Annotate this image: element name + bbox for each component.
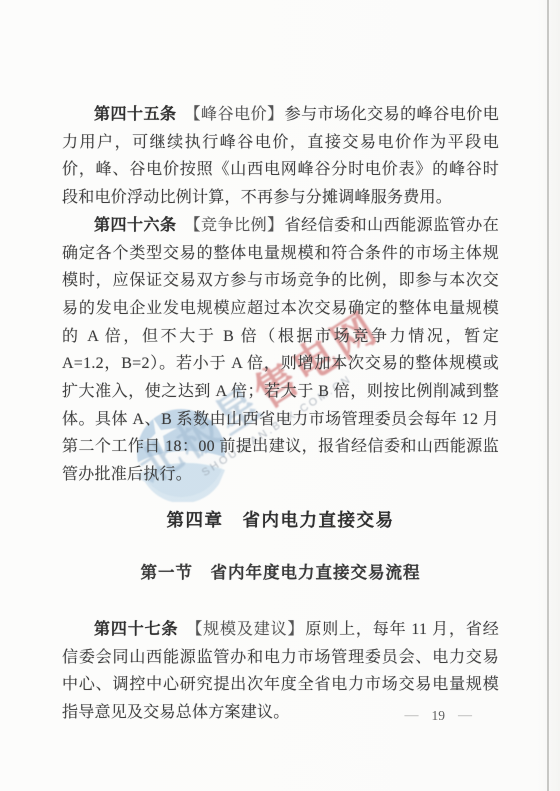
article-46-number: 第四十六条 xyxy=(94,217,177,234)
scan-edge-line xyxy=(547,0,549,791)
scanned-document-page: 北极星售电网 SHOUDIAN.BJX.COM.CN 第四十五条【峰谷电价】参与… xyxy=(0,0,560,791)
page-number-value: 19 xyxy=(432,708,446,724)
page-number: — 19 — xyxy=(405,708,473,724)
chapter-heading: 第四章 省内电力直接交易 xyxy=(62,507,499,532)
page-number-dash-left: — xyxy=(405,708,419,724)
page-number-dash-right: — xyxy=(458,708,472,724)
article-46-tag: 【竞争比例】 xyxy=(185,217,284,234)
document-body: 第四十五条【峰谷电价】参与市场化交易的峰谷电价电力用户，可继续执行峰谷电价，直接… xyxy=(62,101,499,727)
article-45-paragraph: 第四十五条【峰谷电价】参与市场化交易的峰谷电价电力用户，可继续执行峰谷电价，直接… xyxy=(62,101,499,212)
article-45-tag: 【峰谷电价】 xyxy=(185,106,284,123)
article-47-tag: 【规模及建议】 xyxy=(186,621,304,638)
article-46-paragraph: 第四十六条【竞争比例】省经信委和山西能源监管办在确定各个类型交易的整体电量规模和… xyxy=(62,212,499,489)
section-heading: 第一节 省内年度电力直接交易流程 xyxy=(62,559,499,583)
article-45-number: 第四十五条 xyxy=(94,106,177,123)
article-47-number: 第四十七条 xyxy=(94,621,178,638)
article-46-text: 省经信委和山西能源监管办在确定各个类型交易的整体电量规模和符合条件的市场主体规模… xyxy=(62,217,499,483)
